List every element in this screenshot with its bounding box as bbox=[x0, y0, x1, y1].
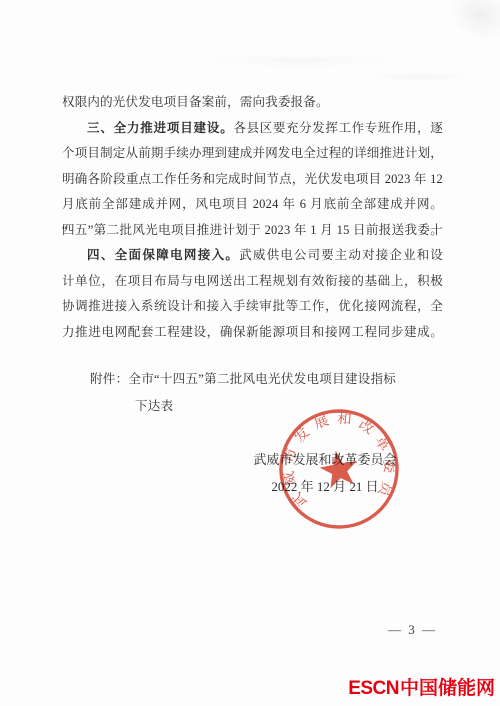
escn-watermark-logo: ESCN 中国储能网 bbox=[348, 679, 495, 699]
scan-artifact bbox=[170, 52, 430, 70]
body-text-line: 个项目制定从前期手续办理到建成并网发电全过程的详细推进计划， bbox=[62, 141, 443, 167]
body-text-line: 协调推进接入系统设计和接入手续审批等工作，优化接网流程，全 bbox=[62, 294, 443, 320]
scanned-document-page: 权限内的光伏发电项目备案前，需向我委报备。三、全力推进项目建设。各县区要充分发挥… bbox=[0, 0, 500, 706]
body-text-line: 明确各阶段重点工作任务和完成时间节点，光伏发电项目 2023 年 12 bbox=[62, 167, 443, 193]
section-heading-text: 四、全面保障电网接入。 bbox=[87, 248, 239, 262]
body-text-segment: 四五”第二批风光电项目推进计划于 2023 年 1 月 15 日前报送我委。 bbox=[62, 223, 443, 237]
body-text-line: 三、全力推进项目建设。各县区要充分发挥工作专班作用，逐 bbox=[62, 116, 443, 142]
body-text-line: 力推进电网配套工程建设，确保新能源项目和接网工程同步建成。 bbox=[62, 320, 443, 346]
section-heading-text: 三、全力推进项目建设。 bbox=[87, 121, 234, 135]
body-text-segment: 武威供电公司要主动对接企业和设 bbox=[239, 248, 443, 262]
attachment-line-2: 下达表 bbox=[62, 393, 443, 420]
issue-date: 2022 年 12 月 21 日 bbox=[250, 473, 400, 500]
issuing-organization: 武威市发展和改革委员会 bbox=[250, 446, 400, 473]
page-number: — 3 — bbox=[388, 621, 437, 639]
body-text-line: 计单位，在项目布局与电网送出工程规划有效衔接的基础上，积极 bbox=[62, 269, 443, 295]
attachment-note: 附件：全市“十四五”第二批风电光伏发电项目建设指标 下达表 bbox=[62, 366, 443, 420]
body-text-segment: 协调推进接入系统设计和接入手续审批等工作，优化接网流程，全 bbox=[62, 299, 443, 313]
body-text-line: 四、全面保障电网接入。武威供电公司要主动对接企业和设 bbox=[62, 243, 443, 269]
body-text-segment: 计单位，在项目布局与电网送出工程规划有效衔接的基础上，积极 bbox=[62, 274, 443, 288]
body-text-segment: 力推进电网配套工程建设，确保新能源项目和接网工程同步建成。 bbox=[62, 325, 443, 339]
body-text-segment: 权限内的光伏发电项目备案前，需向我委报备。 bbox=[62, 95, 329, 109]
body-text-segment: 各县区要充分发挥工作专班作用，逐 bbox=[234, 121, 443, 135]
attachment-line-1: 附件：全市“十四五”第二批风电光伏发电项目建设指标 bbox=[62, 366, 443, 393]
body-text-segment: 明确各阶段重点工作任务和完成时间节点，光伏发电项目 2023 年 12 bbox=[62, 172, 443, 186]
body-text-line: 月底前全部建成并网，风电项目 2024 年 6 月底前全部建成并网。“十 bbox=[62, 192, 443, 218]
body-text-line: 权限内的光伏发电项目备案前，需向我委报备。 bbox=[62, 90, 443, 116]
scan-artifact bbox=[350, 70, 490, 84]
signature-block: 武威市发展和改革委员会 2022 年 12 月 21 日 bbox=[250, 446, 400, 500]
escn-logo-latin: ESCN bbox=[348, 679, 399, 699]
escn-logo-chinese: 中国储能网 bbox=[400, 679, 495, 699]
document-body-text: 权限内的光伏发电项目备案前，需向我委报备。三、全力推进项目建设。各县区要充分发挥… bbox=[62, 90, 443, 345]
scan-artifact bbox=[424, 0, 500, 66]
body-text-segment: 个项目制定从前期手续办理到建成并网发电全过程的详细推进计划， bbox=[62, 146, 443, 160]
body-text-line: 四五”第二批风光电项目推进计划于 2023 年 1 月 15 日前报送我委。 bbox=[62, 218, 443, 244]
